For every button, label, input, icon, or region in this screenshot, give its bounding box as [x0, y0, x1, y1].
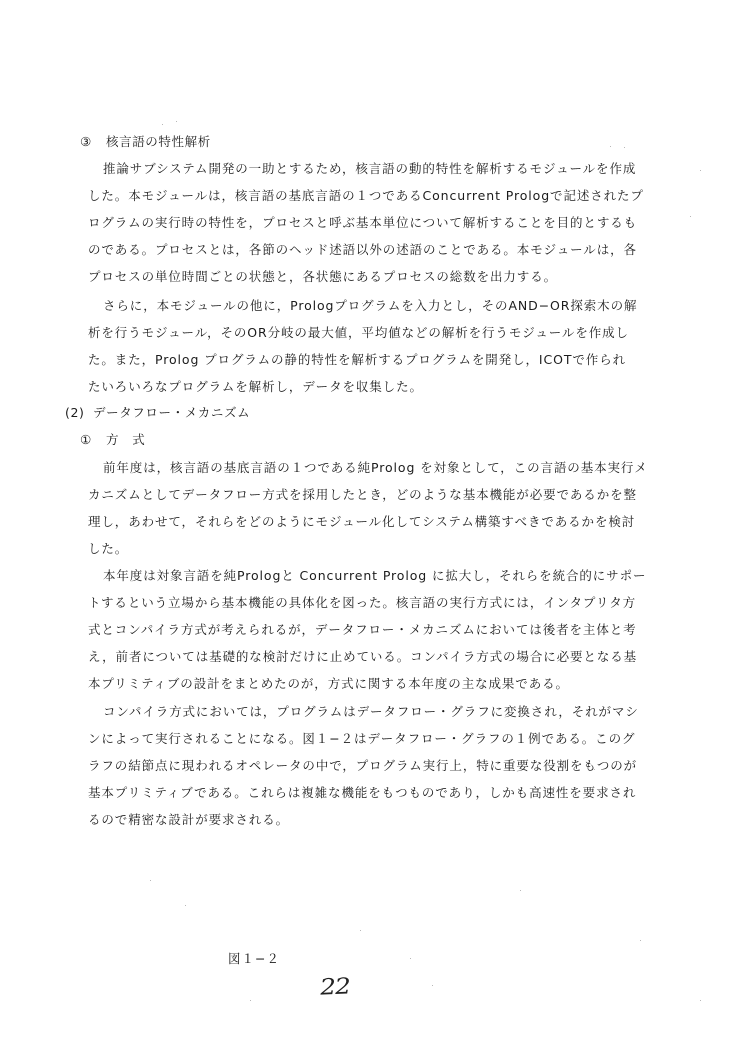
section-title: データフロー・メカニズム	[93, 405, 250, 420]
text-line: 本年度は対象言語を純Prologと Concurrent Prolog に拡大し…	[103, 568, 646, 584]
text-line: 前年度は，核言語の基底言語の１つである純Prolog を対象として，この言語の基…	[103, 460, 648, 476]
text-line: トするという立場から基本機能の具体化を図った。核言語の実行方式には，インタプリタ…	[88, 595, 636, 611]
section-title: 方 式	[106, 432, 145, 447]
text-line: カニズムとしてデータフロー方式を採用したとき，どのような基本機能が必要であるかを…	[88, 487, 637, 503]
section-heading-2: (2)データフロー・メカニズム	[65, 405, 250, 421]
text-line: 式とコンパイラ方式が考えられるが，データフロー・メカニズムにおいては後者を主体と…	[88, 622, 637, 638]
document-page: ③核言語の特性解析 推論サブシステム開発の一助とするため，核言語の動的特性を解析…	[0, 0, 750, 1054]
text-line: 基本プリミティブである。これらは複雑な機能をもつものであり，しかも高速性を要求さ…	[88, 785, 636, 801]
text-line: 析を行うモジュール，そのOR分岐の最大値，平均値などの解析を行うモジュールを作成…	[88, 325, 629, 341]
figure-caption: 図１−２	[228, 949, 280, 967]
text-line: ラフの結節点に現われるオペレータの中で，プログラム実行上，特に重要な役割をもつの…	[88, 758, 637, 774]
text-line: ログラムの実行時の特性を，プロセスと呼ぶ基本単位について解析することを目的とする…	[88, 215, 637, 231]
text-line: さらに，本モジュールの他に，Prologプログラムを入力とし，そのAND−OR探…	[103, 298, 637, 314]
text-line: プロセスの単位時間ごとの状態と，各状態にあるプロセスの総数を出力する。	[88, 269, 557, 285]
text-line: え，前者については基礎的な検討だけに止めている。コンパイラ方式の場合に必要となる…	[88, 649, 637, 665]
section-number: ③	[80, 134, 106, 150]
section-number: ①	[80, 432, 106, 448]
section-title: 核言語の特性解析	[106, 134, 211, 149]
text-line: のである。プロセスとは，各節のヘッド述語以外の述語のことである。本モジュールは，…	[88, 242, 637, 258]
section-heading-3: ③核言語の特性解析	[80, 134, 211, 150]
text-line: コンパイラ方式においては，プログラムはデータフロー・グラフに変換され，それがマシ	[103, 704, 639, 720]
page-number: 22	[319, 974, 350, 1000]
text-line: した。本モジュールは，核言語の基底言語の１つであるConcurrent Prol…	[88, 188, 644, 204]
text-line: 理し，あわせて，それらをどのようにモジュール化してシステム構築すべきであるかを検…	[88, 514, 635, 530]
text-line: るので精密な設計が要求される。	[88, 812, 289, 828]
text-line: ンによって実行されることになる。図１−２はデータフロー・グラフの１例である。この…	[88, 731, 635, 747]
section-number: (2)	[65, 405, 93, 421]
text-line: した。	[88, 541, 128, 557]
text-line: 本プリミティブの設計をまとめたのが，方式に関する本年度の主な成果である。	[88, 676, 569, 692]
text-line: 推論サブシステム開発の一助とするため，核言語の動的特性を解析するモジュールを作成	[103, 161, 636, 177]
section-heading-1: ①方 式	[80, 432, 145, 448]
text-line: た。また，Prolog プログラムの静的特性を解析するプログラムを開発し，ICO…	[88, 352, 626, 368]
text-line: たいろいろなプログラムを解析し，データを収集した。	[88, 379, 423, 395]
